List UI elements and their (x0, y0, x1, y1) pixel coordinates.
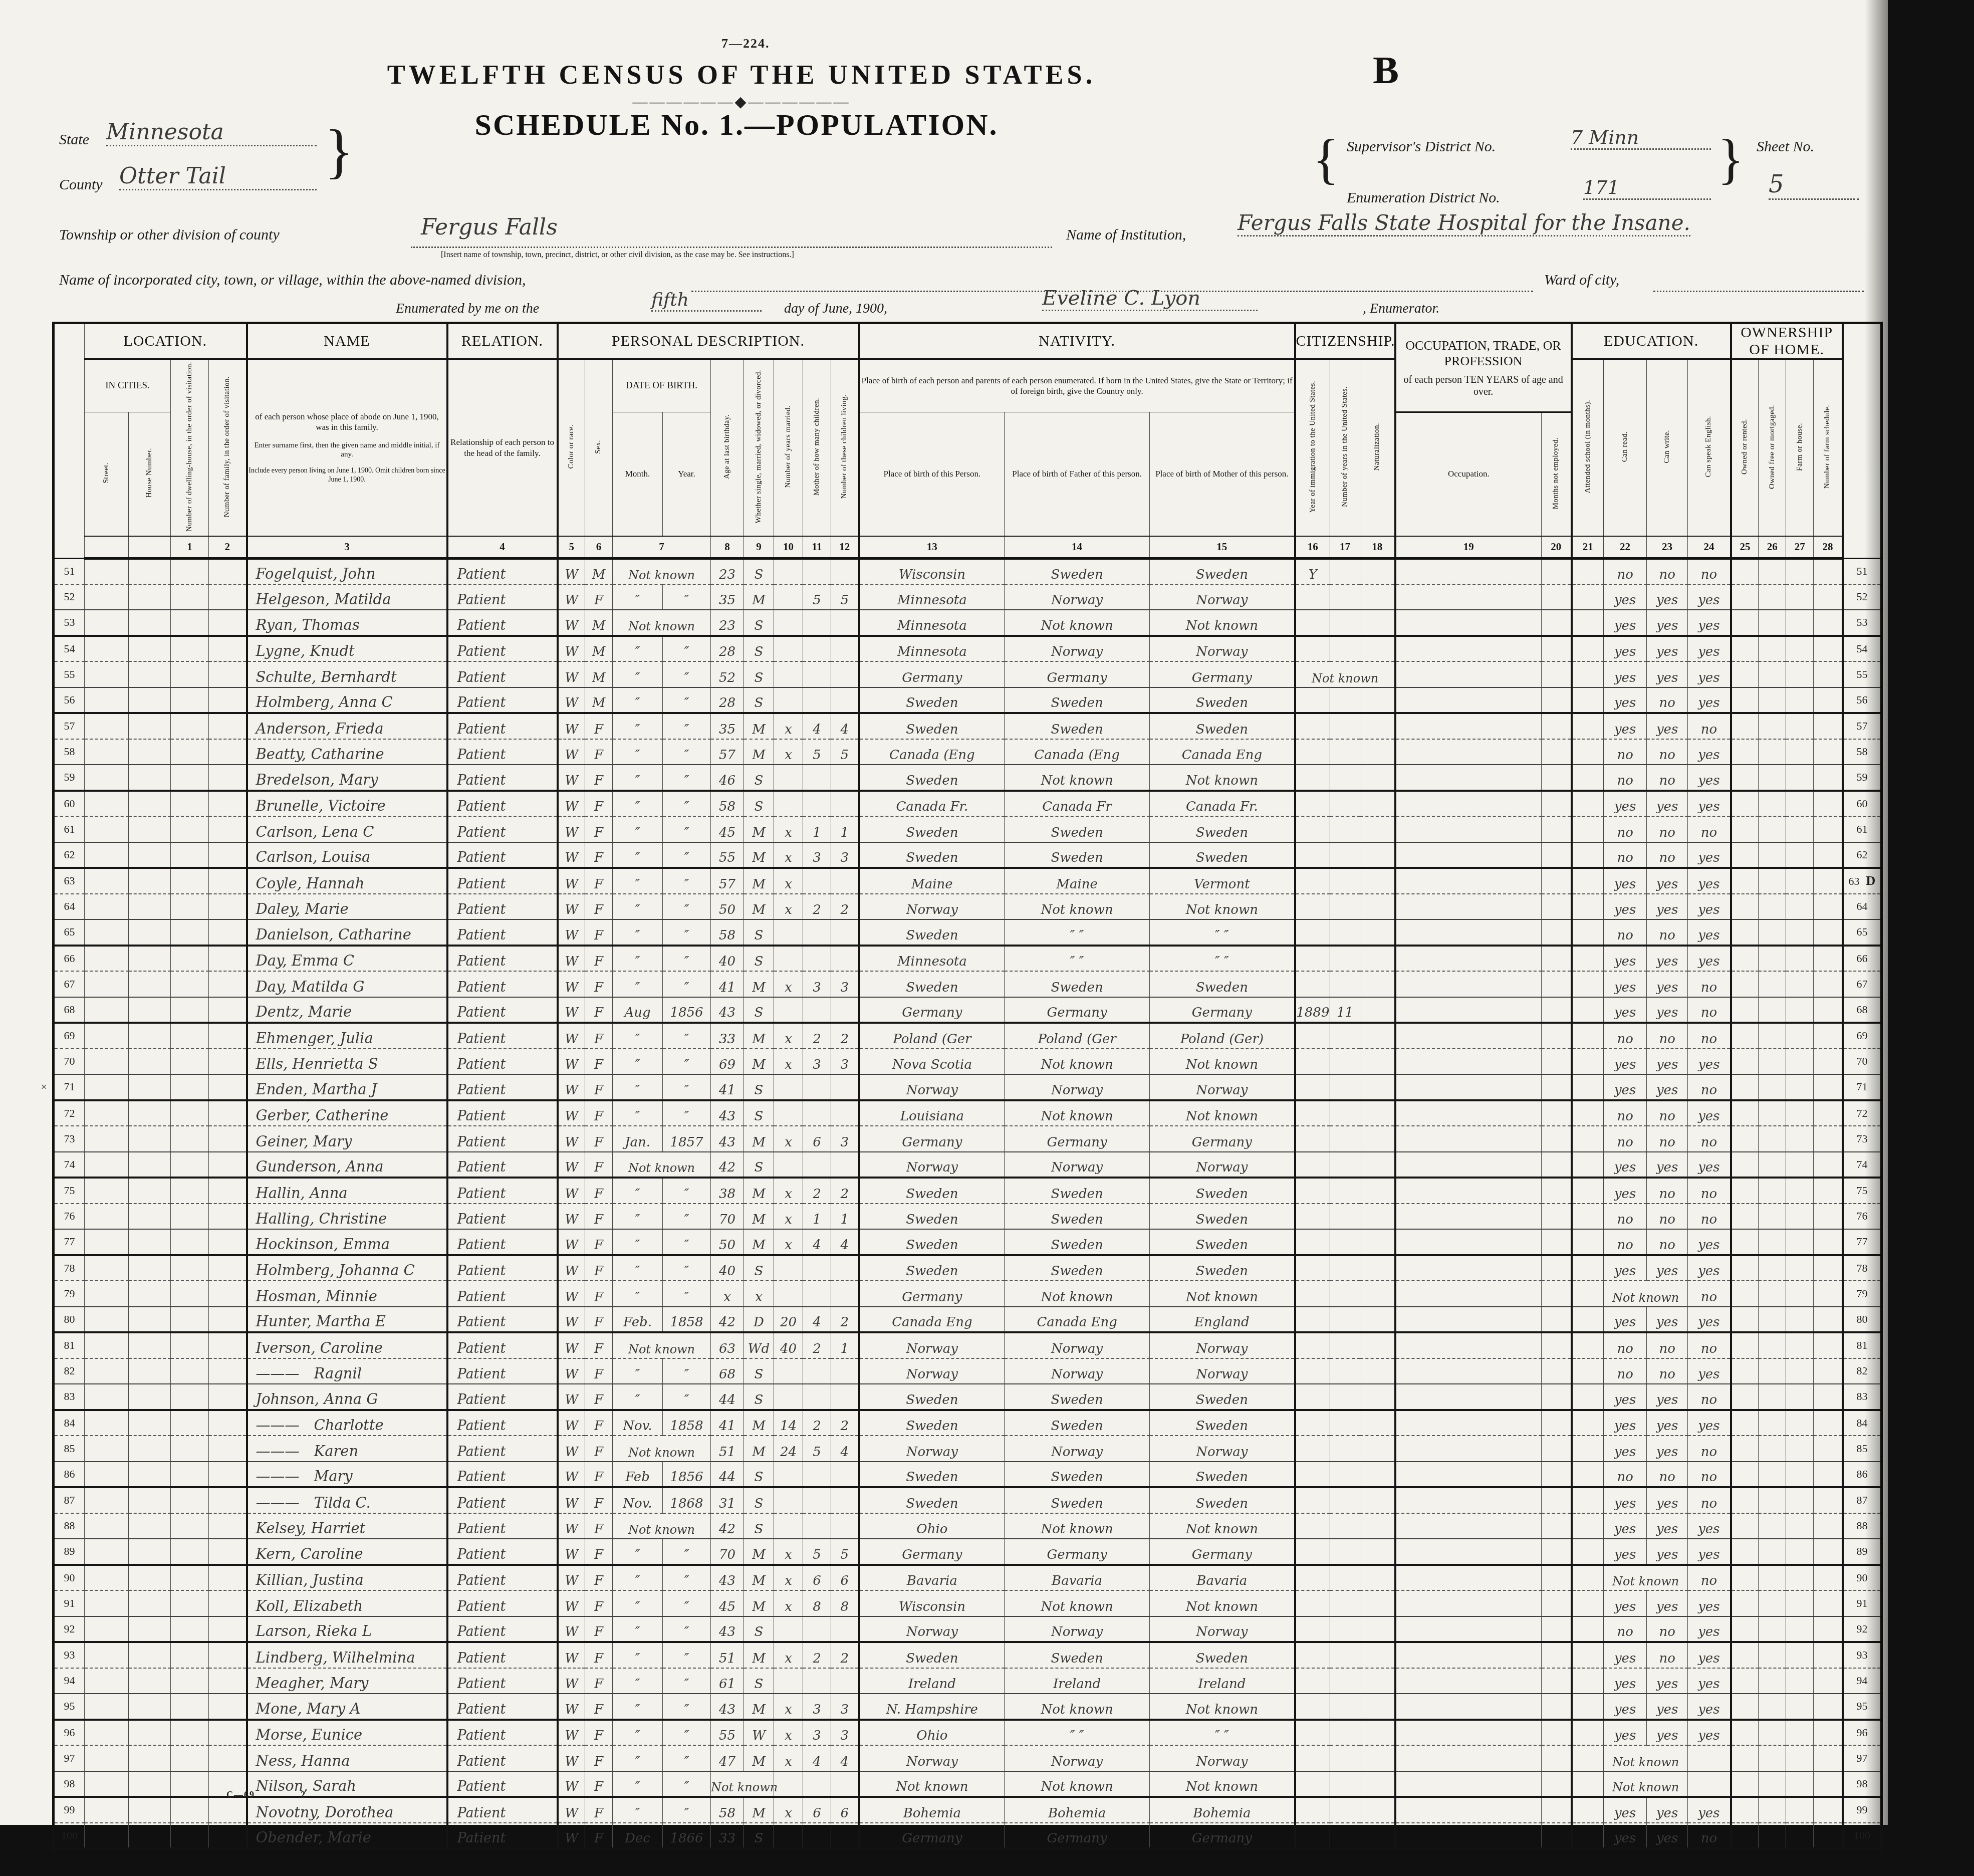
cell-yu (1330, 1023, 1360, 1049)
cell-mne (1542, 1487, 1572, 1513)
cell-c: W (558, 739, 585, 765)
cell-o1 (1731, 1358, 1759, 1384)
cell-house (129, 661, 171, 687)
cell-n: 85 (54, 1436, 85, 1462)
cell-dw (171, 868, 209, 894)
cell-en: no (1688, 1281, 1731, 1307)
cell-o3 (1786, 558, 1814, 584)
cell-pf: Germany (1005, 1126, 1150, 1152)
table-row: 95Mone, Mary APatientWF″″43Mx33N. Hampsh… (54, 1694, 1882, 1720)
cell-rd: Not known (1604, 1565, 1688, 1591)
cell-street (85, 1487, 129, 1513)
cell-mar: S (744, 765, 774, 791)
cell-o2 (1759, 1823, 1786, 1849)
table-row: 58Beatty, CatharinePatientWF″″57Mx55Cana… (54, 739, 1882, 765)
cell-sch (1572, 1049, 1604, 1075)
cell-bm: Not known (613, 558, 711, 584)
cell-n: 65 (54, 919, 85, 946)
cell-o3 (1786, 868, 1814, 894)
section-location: LOCATION. (85, 323, 247, 359)
cell-o4 (1814, 610, 1843, 636)
cell-mc (803, 1384, 831, 1410)
cell-age: 40 (711, 946, 744, 972)
cell-pb: Sweden (859, 765, 1005, 791)
cell-mne (1542, 971, 1572, 997)
cell-s: M (585, 687, 613, 714)
cell-o1 (1731, 1049, 1759, 1075)
col22-label: Can read. (1621, 429, 1629, 466)
cell-s: M (585, 610, 613, 636)
cell-by: ″ (663, 713, 711, 739)
cell-ym (774, 1462, 803, 1488)
cell-im (1295, 1410, 1330, 1436)
cell-name: Ness, Hanna (247, 1745, 447, 1771)
cell-n: 83 (54, 1384, 85, 1410)
cell-street (85, 1178, 129, 1204)
cell-pf: Not known (1005, 894, 1150, 920)
cell-dw (171, 610, 209, 636)
cell-n2: 64 (1843, 894, 1882, 920)
margin-mark: × (41, 1080, 47, 1093)
cell-age: 43 (711, 1126, 744, 1152)
cell-mne (1542, 1358, 1572, 1384)
cell-cl: 5 (831, 584, 859, 610)
cell-nat (1360, 610, 1395, 636)
cell-en: yes (1688, 1694, 1731, 1720)
cell-mc: 3 (803, 1720, 831, 1746)
cell-im (1295, 791, 1330, 817)
cell-name: Killian, Justina (247, 1565, 447, 1591)
cell-ym (774, 1100, 803, 1126)
cell-n: 79 (54, 1281, 85, 1307)
cell-pb: Minnesota (859, 946, 1005, 972)
cell-name: ——— Ragnil (247, 1358, 447, 1384)
cell-c: W (558, 1797, 585, 1823)
cell-occ (1395, 1384, 1542, 1410)
cell-bm: ″ (613, 1720, 663, 1746)
cell-mne (1542, 894, 1572, 920)
cell-sch (1572, 1074, 1604, 1100)
city-label: Name of incorporated city, town, or vill… (59, 272, 526, 289)
cell-occ (1395, 919, 1542, 946)
cell-fam (209, 1178, 247, 1204)
cell-name: Lindberg, Wilhelmina (247, 1642, 447, 1668)
cell-o3 (1786, 1642, 1814, 1668)
cell-mc (803, 610, 831, 636)
cell-n2: 74 (1843, 1152, 1882, 1178)
cell-en: yes (1688, 1642, 1731, 1668)
cell-o1 (1731, 1178, 1759, 1204)
cell-nat (1360, 1152, 1395, 1178)
cell-rel: Patient (447, 1384, 558, 1410)
cell-n2: 65 (1843, 919, 1882, 946)
cell-dw (171, 1204, 209, 1230)
cell-fam (209, 661, 247, 687)
cell-c: W (558, 1642, 585, 1668)
cell-rel: Patient (447, 584, 558, 610)
cell-o1 (1731, 791, 1759, 817)
cell-pf: Canada Fr (1005, 791, 1150, 817)
cell-im (1295, 1694, 1330, 1720)
cell-yu (1330, 919, 1360, 946)
cell-sch (1572, 1100, 1604, 1126)
cell-n: 86 (54, 1462, 85, 1488)
cell-o3 (1786, 1616, 1814, 1643)
cell-ym: x (774, 842, 803, 868)
cell-mc: 4 (803, 713, 831, 739)
cell-dw (171, 1694, 209, 1720)
cell-pb: Sweden (859, 919, 1005, 946)
cell-n2: 73 (1843, 1126, 1882, 1152)
cell-o3 (1786, 584, 1814, 610)
cell-o3 (1786, 765, 1814, 791)
cell-sch (1572, 1152, 1604, 1178)
table-row: 62Carlson, LouisaPatientWF″″55Mx33Sweden… (54, 842, 1882, 868)
cell-sch (1572, 842, 1604, 868)
section-personal: PERSONAL DESCRIPTION. (558, 323, 859, 359)
cell-s: F (585, 1565, 613, 1591)
cell-mne (1542, 1513, 1572, 1539)
cell-mar: M (744, 1539, 774, 1565)
cell-name: Dentz, Marie (247, 997, 447, 1023)
table-row: 80Hunter, Martha EPatientWFFeb.185842D20… (54, 1307, 1882, 1333)
cell-o4 (1814, 1204, 1843, 1230)
cell-yu (1330, 946, 1360, 972)
cell-bm: ″ (613, 1204, 663, 1230)
cell-c: W (558, 1229, 585, 1255)
cell-name: Enden, Martha J (247, 1074, 447, 1100)
cell-o3 (1786, 739, 1814, 765)
cell-mne (1542, 1023, 1572, 1049)
cell-o4 (1814, 713, 1843, 739)
cell-mar: M (744, 1204, 774, 1230)
enumeration-label: Enumeration District No. (1347, 189, 1500, 206)
cell-mc (803, 765, 831, 791)
cell-age: 42 (711, 1152, 744, 1178)
cell-house (129, 1255, 171, 1281)
cell-age: 43 (711, 1565, 744, 1591)
cell-fam (209, 1668, 247, 1694)
cell-c: W (558, 1332, 585, 1358)
col6-label: Sex. (594, 438, 603, 458)
cell-o4 (1814, 765, 1843, 791)
cell-street (85, 971, 129, 997)
cell-n2: 53 (1843, 610, 1882, 636)
cell-wr: no (1647, 816, 1688, 842)
cell-nat (1360, 1023, 1395, 1049)
cell-n2: 99 (1843, 1797, 1882, 1823)
cell-by: ″ (663, 636, 711, 662)
cell-im (1295, 1797, 1330, 1823)
cell-occ (1395, 842, 1542, 868)
cell-pf: Norway (1005, 1152, 1150, 1178)
cell-age: 57 (711, 739, 744, 765)
cell-dw (171, 558, 209, 584)
cell-o1 (1731, 610, 1759, 636)
cell-fam (209, 1694, 247, 1720)
table-row: 60Brunelle, VictoirePatientWF″″58SCanada… (54, 791, 1882, 817)
cell-n2: 87 (1843, 1487, 1882, 1513)
cell-rel: Patient (447, 1694, 558, 1720)
cell-pb: Norway (859, 1436, 1005, 1462)
cell-name: Lygne, Knudt (247, 636, 447, 662)
cell-o1 (1731, 1720, 1759, 1746)
cell-o4 (1814, 1281, 1843, 1307)
cell-cl: 4 (831, 1436, 859, 1462)
cell-c: W (558, 687, 585, 714)
cell-fam (209, 1513, 247, 1539)
cell-en: no (1688, 713, 1731, 739)
cell-pm: Canada Fr. (1150, 791, 1295, 817)
cell-n2: 55 (1843, 661, 1882, 687)
cell-sch (1572, 1720, 1604, 1746)
enumerated-suffix: , Enumerator. (1363, 301, 1439, 317)
cell-ym: x (774, 1642, 803, 1668)
cell-cl (831, 1487, 859, 1513)
cell-pf: Norway (1005, 1616, 1150, 1643)
cell-o2 (1759, 1590, 1786, 1616)
cell-mar: S (744, 1074, 774, 1100)
cell-wr: yes (1647, 1384, 1688, 1410)
cell-wr: yes (1647, 1487, 1688, 1513)
cell-mne (1542, 1074, 1572, 1100)
cell-c: W (558, 713, 585, 739)
cell-o2 (1759, 1281, 1786, 1307)
cell-house (129, 1384, 171, 1410)
cell-sch (1572, 1126, 1604, 1152)
cell-mar: M (744, 971, 774, 997)
cell-dw (171, 687, 209, 714)
cell-street (85, 713, 129, 739)
cell-yu (1330, 791, 1360, 817)
cell-dw (171, 1023, 209, 1049)
cell-pf: Sweden (1005, 1255, 1150, 1281)
cell-dw (171, 1436, 209, 1462)
cell-fam (209, 1281, 247, 1307)
cell-s: F (585, 997, 613, 1023)
cell-ym (774, 1384, 803, 1410)
cell-nat (1360, 1745, 1395, 1771)
cell-mar: M (744, 1126, 774, 1152)
cell-en: no (1688, 1074, 1731, 1100)
cell-o2 (1759, 1513, 1786, 1539)
cell-n2: 67 (1843, 971, 1882, 997)
cell-c: W (558, 1565, 585, 1591)
cell-sch (1572, 1281, 1604, 1307)
cell-fam (209, 1074, 247, 1100)
cell-sch (1572, 816, 1604, 842)
cell-mc: 1 (803, 816, 831, 842)
cell-rd: yes (1604, 1797, 1647, 1823)
cell-en: yes (1688, 1513, 1731, 1539)
cell-sch (1572, 1436, 1604, 1462)
cell-pb: Not known (859, 1771, 1005, 1797)
cell-im (1295, 868, 1330, 894)
cell-cl: 2 (831, 1307, 859, 1333)
cell-cl (831, 1281, 859, 1307)
cell-name: Ryan, Thomas (247, 610, 447, 636)
sheet-no-label: Sheet No. (1757, 138, 1814, 155)
cell-sch (1572, 661, 1604, 687)
cell-occ (1395, 1642, 1542, 1668)
cell-mne (1542, 765, 1572, 791)
cell-yu (1330, 1074, 1360, 1100)
cell-name: Day, Emma C (247, 946, 447, 972)
cell-cl: 5 (831, 739, 859, 765)
cell-s: F (585, 1023, 613, 1049)
cell-n: 81 (54, 1332, 85, 1358)
cell-by: ″ (663, 1797, 711, 1823)
table-row: 61Carlson, Lena CPatientWF″″45Mx11Sweden… (54, 816, 1882, 842)
cell-bm: Dec (613, 1823, 663, 1849)
cell-street (85, 610, 129, 636)
section-occupation: OCCUPATION, TRADE, OR PROFESSION of each… (1395, 323, 1572, 412)
cell-name: Daley, Marie (247, 894, 447, 920)
cell-age: 61 (711, 1668, 744, 1694)
cell-by: 1866 (663, 1823, 711, 1849)
cell-rel: Patient (447, 765, 558, 791)
cell-sch (1572, 636, 1604, 662)
cell-pb: Norway (859, 894, 1005, 920)
cell-pm: Sweden (1150, 1384, 1295, 1410)
cell-pf: Germany (1005, 661, 1150, 687)
cell-house (129, 1694, 171, 1720)
cell-rd: yes (1604, 1694, 1647, 1720)
cell-s: F (585, 894, 613, 920)
cell-wr: yes (1647, 1513, 1688, 1539)
cell-pm: Sweden (1150, 842, 1295, 868)
cell-o2 (1759, 1307, 1786, 1333)
cell-o2 (1759, 610, 1786, 636)
cell-fam (209, 739, 247, 765)
cell-bm: ″ (613, 919, 663, 946)
cell-ym (774, 946, 803, 972)
section-education: EDUCATION. (1572, 323, 1731, 359)
column-numbers-row: 12 3 4 56 7 89101112 131415 161718 1920 … (54, 536, 1882, 558)
cell-o3 (1786, 610, 1814, 636)
cell-sch (1572, 584, 1604, 610)
cell-o2 (1759, 636, 1786, 662)
cell-pf: Sweden (1005, 1384, 1150, 1410)
cell-occ (1395, 558, 1542, 584)
cell-rd: yes (1604, 661, 1647, 687)
cell-wr: yes (1647, 1436, 1688, 1462)
cell-en: no (1688, 558, 1731, 584)
cell-o1 (1731, 1487, 1759, 1513)
cell-rd: no (1604, 1100, 1647, 1126)
cell-nat (1360, 1178, 1395, 1204)
cell-fam (209, 713, 247, 739)
cell-cl: 2 (831, 1023, 859, 1049)
cell-ym: x (774, 971, 803, 997)
table-row: 76Halling, ChristinePatientWF″″70Mx11Swe… (54, 1204, 1882, 1230)
cell-rd: yes (1604, 894, 1647, 920)
cell-o1 (1731, 1642, 1759, 1668)
cell-s: F (585, 919, 613, 946)
cell-mar: S (744, 558, 774, 584)
cell-street (85, 558, 129, 584)
table-row: 94Meagher, MaryPatientWF″″61SIrelandIrel… (54, 1668, 1882, 1694)
cell-occ (1395, 1694, 1542, 1720)
cell-mne (1542, 1565, 1572, 1591)
cell-o1 (1731, 1410, 1759, 1436)
cell-pf: Sweden (1005, 816, 1150, 842)
cell-pf: Poland (Ger (1005, 1023, 1150, 1049)
bottom-print-mark-2: 2 (301, 1790, 306, 1800)
cell-fam (209, 1720, 247, 1746)
cell-age: 68 (711, 1358, 744, 1384)
cell-mar: D (744, 1307, 774, 1333)
cell-mar: M (744, 1590, 774, 1616)
cell-cl: 2 (831, 1178, 859, 1204)
cell-pb: Germany (859, 661, 1005, 687)
cell-o4 (1814, 1384, 1843, 1410)
cell-yu (1330, 610, 1360, 636)
cell-s: M (585, 558, 613, 584)
cell-house (129, 1410, 171, 1436)
cell-cl: 2 (831, 1642, 859, 1668)
cell-pb: Germany (859, 1126, 1005, 1152)
cell-name: Danielson, Catharine (247, 919, 447, 946)
cell-o2 (1759, 1539, 1786, 1565)
cell-nat (1360, 1590, 1395, 1616)
cell-pm: Sweden (1150, 1487, 1295, 1513)
table-row: 57Anderson, FriedaPatientWF″″35Mx44Swede… (54, 713, 1882, 739)
cell-pb: Sweden (859, 713, 1005, 739)
cell-fam (209, 1436, 247, 1462)
cell-yu (1330, 1126, 1360, 1152)
census-table: LOCATION. NAME RELATION. PERSONAL DESCRI… (52, 322, 1883, 1850)
cell-n: 95 (54, 1694, 85, 1720)
pob-father-label: Place of birth of Father of this person. (1005, 412, 1150, 536)
cell-n: 54 (54, 636, 85, 662)
cell-rd: no (1604, 1229, 1647, 1255)
cell-im (1295, 1332, 1330, 1358)
cell-n2: 100 (1843, 1823, 1882, 1849)
cell-age: 33 (711, 1823, 744, 1849)
cell-pf: Norway (1005, 1436, 1150, 1462)
cell-mc: 5 (803, 1539, 831, 1565)
table-row: 85——— KarenPatientWFNot known51M2454Norw… (54, 1436, 1882, 1462)
cell-o1 (1731, 816, 1759, 842)
cell-wr: yes (1647, 997, 1688, 1023)
cell-o2 (1759, 1100, 1786, 1126)
section-relation: RELATION. (447, 323, 558, 359)
table-row: 88Kelsey, HarrietPatientWFNot known42SOh… (54, 1513, 1882, 1539)
cell-occ (1395, 765, 1542, 791)
cell-n: 61 (54, 816, 85, 842)
cell-cl (831, 1358, 859, 1384)
cell-cl: 2 (831, 1410, 859, 1436)
cell-o2 (1759, 1745, 1786, 1771)
cell-sch (1572, 558, 1604, 584)
cell-pb: Minnesota (859, 610, 1005, 636)
cell-rel: Patient (447, 1023, 558, 1049)
cell-mar: S (744, 1616, 774, 1643)
cell-pb: Ireland (859, 1668, 1005, 1694)
cell-cl (831, 919, 859, 946)
cell-sch (1572, 971, 1604, 997)
cell-rd: no (1604, 1126, 1647, 1152)
cell-c: W (558, 1745, 585, 1771)
cell-o3 (1786, 894, 1814, 920)
cell-im (1295, 1229, 1330, 1255)
cell-pb: Sweden (859, 1384, 1005, 1410)
cell-bm: ″ (613, 1178, 663, 1204)
cell-dw (171, 842, 209, 868)
cell-im (1295, 765, 1330, 791)
cell-fam (209, 584, 247, 610)
